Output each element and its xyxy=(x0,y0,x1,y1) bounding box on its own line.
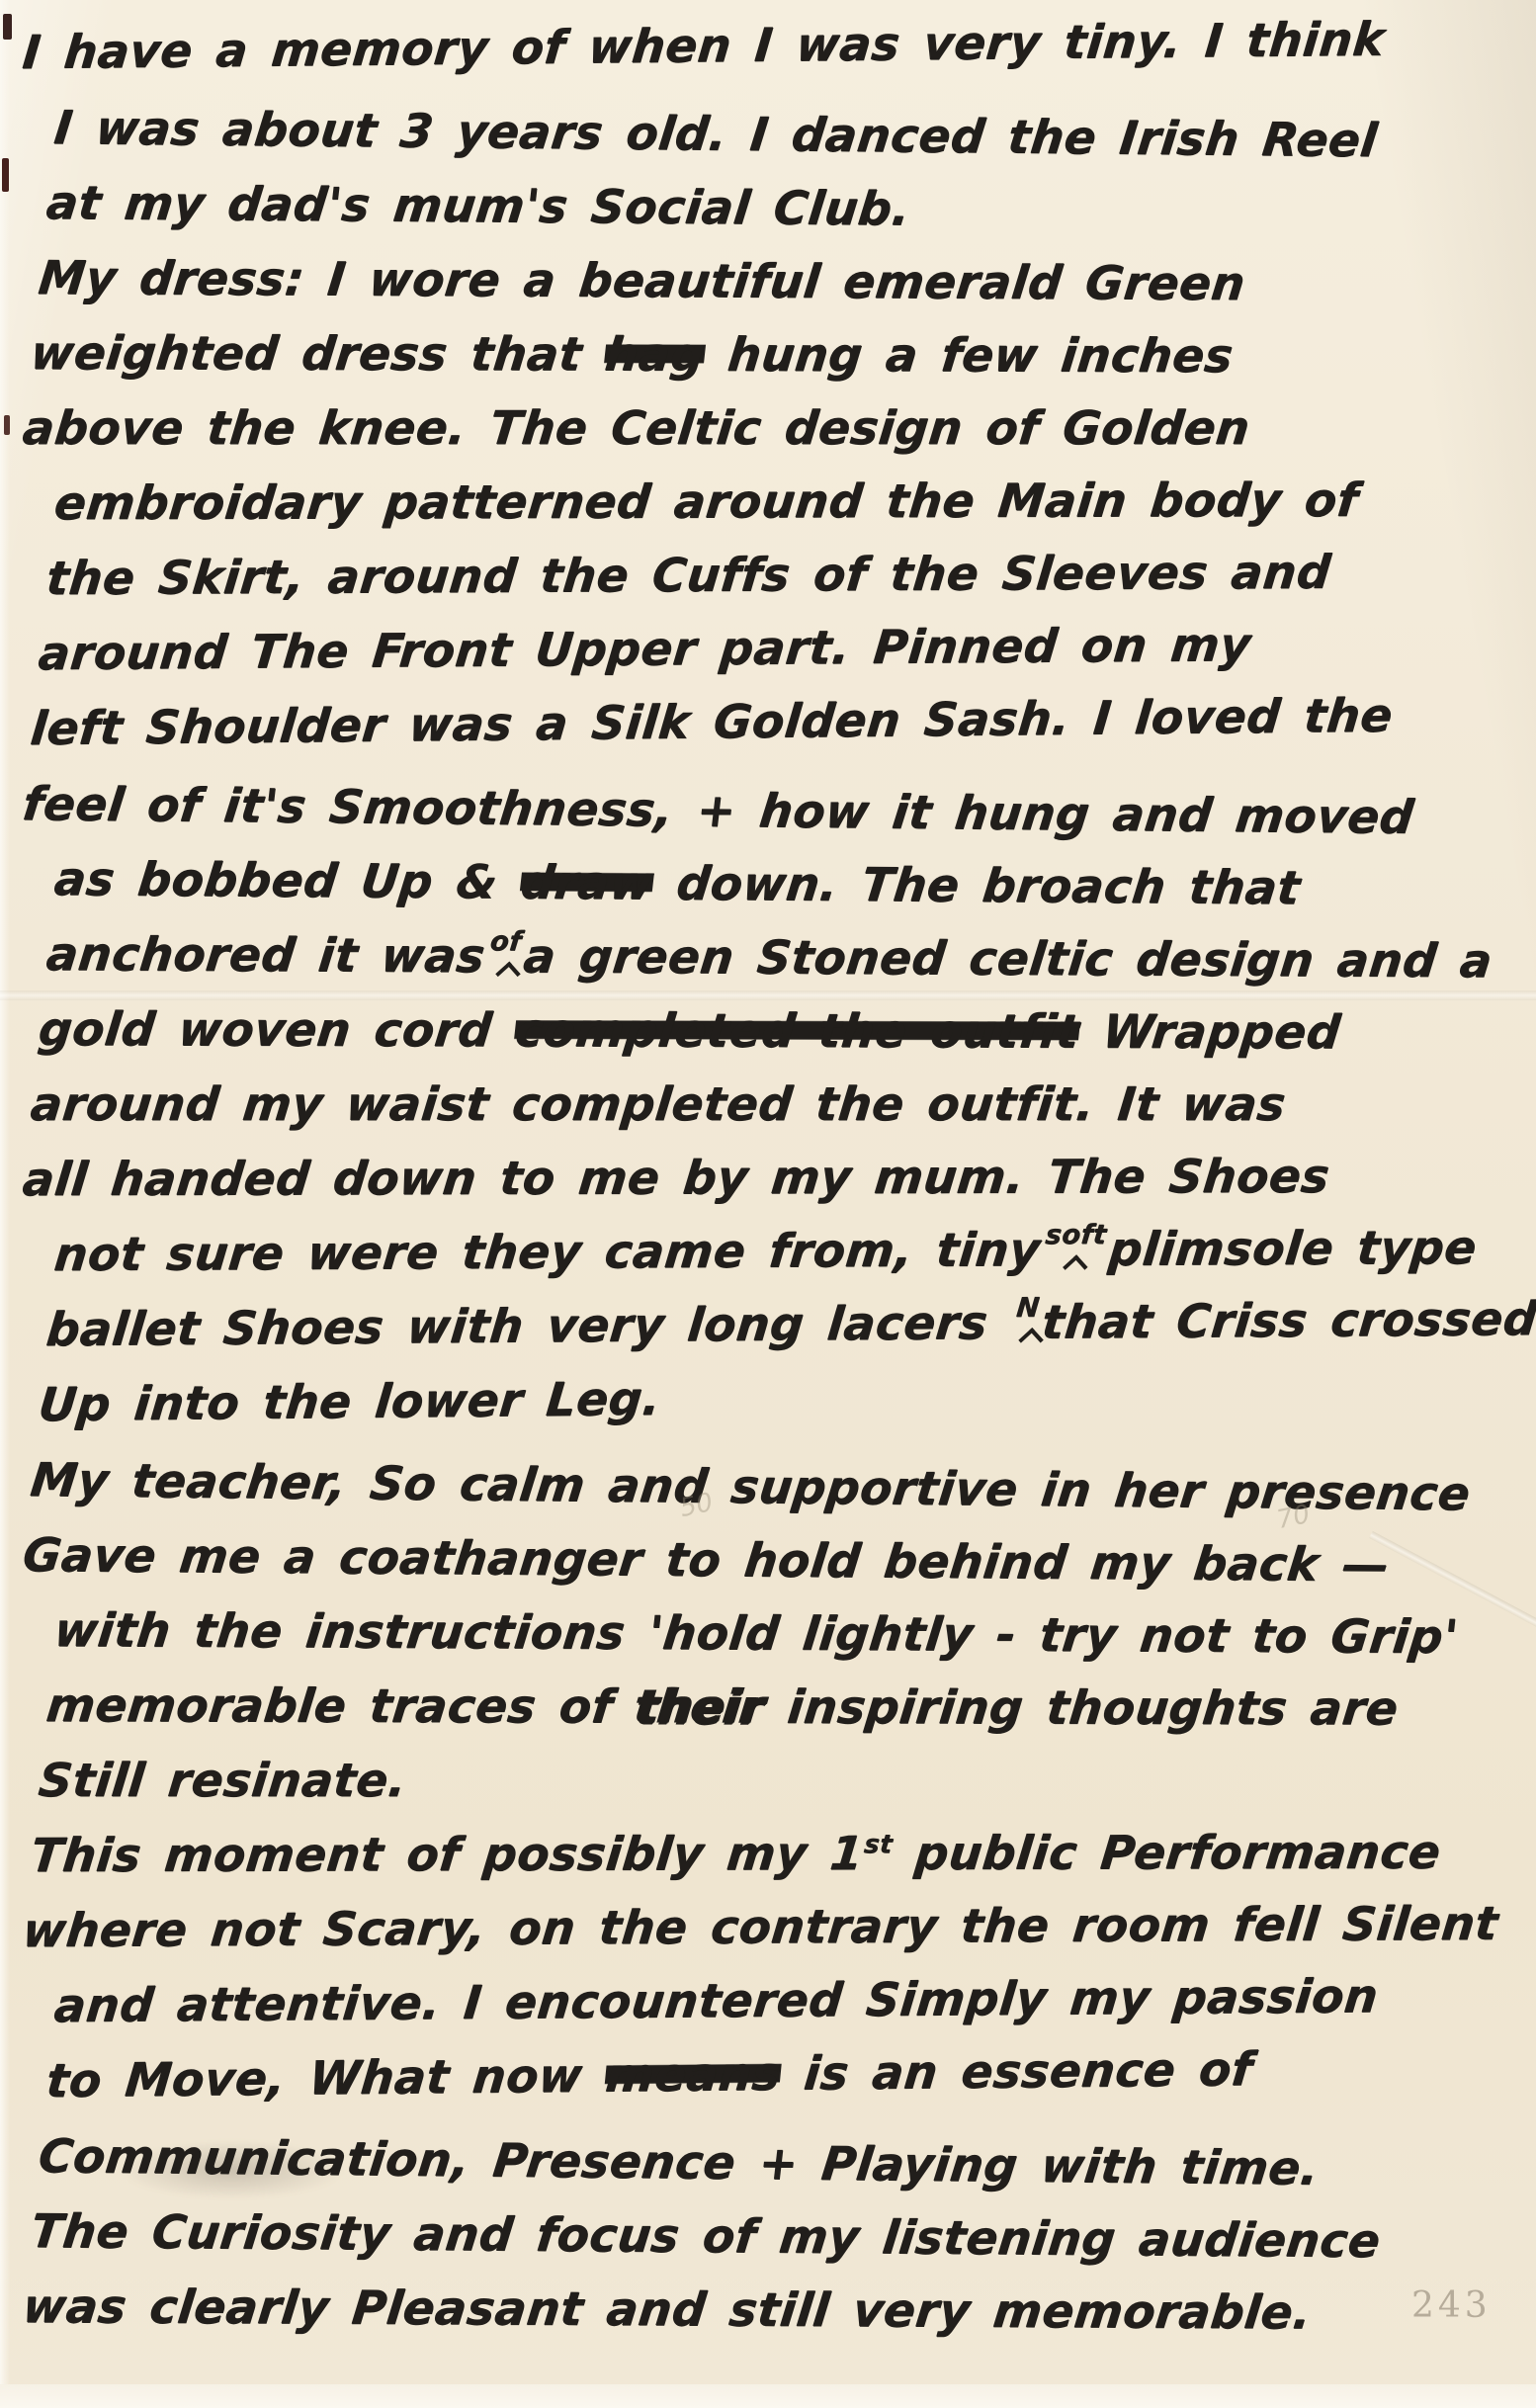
handwriting-line: embroidary patterned around the Main bod… xyxy=(49,473,1530,552)
text-segment: at my dad's mum's Social Club. xyxy=(43,176,913,236)
text-segment: gold woven cord xyxy=(36,1002,518,1058)
text-segment: weighted dress that xyxy=(28,326,608,382)
text-segment: Wrapped xyxy=(1076,1005,1343,1061)
handwriting-line: This moment of possibly my 1st public Pe… xyxy=(26,1825,1530,1904)
text-segment: around The Front Upper part. Pinned on m… xyxy=(36,618,1253,681)
text-segment: all handed down to me by my mum. The Sho… xyxy=(20,1150,1331,1207)
text-segment-strike: draw xyxy=(518,855,656,910)
text-segment: was clearly Pleasant and still very memo… xyxy=(20,2279,1314,2340)
text-segment: not sure were they came from, tiny xyxy=(51,1223,1043,1282)
text-segment: ballet Shoes with very long lacers xyxy=(43,1296,1013,1357)
text-segment: Up into the lower Leg. xyxy=(36,1372,662,1432)
handwriting-line: Gave me a coathanger to hold behind my b… xyxy=(18,1528,1529,1614)
text-segment: with the instructions 'hold lightly - tr… xyxy=(51,1603,1461,1665)
text-segment: memorable traces of xyxy=(43,1678,639,1734)
text-segment: the Skirt, around the Cuffs of the Sleev… xyxy=(43,546,1333,606)
text-segment-overwrite: their xyxy=(634,1679,767,1734)
text-segment: around my waist completed the outfit. It… xyxy=(28,1077,1288,1132)
text-segment-strike: completed the outfit xyxy=(512,1003,1081,1059)
handwriting-line: weighted dress that hag hung a few inche… xyxy=(26,326,1530,405)
text-segment-insert: soft xyxy=(1044,1220,1108,1250)
text-segment: down. The broach that xyxy=(650,856,1303,915)
handwriting-line: the Skirt, around the Cuffs of the Sleev… xyxy=(42,545,1530,627)
text-segment-strike: means xyxy=(603,2047,783,2104)
text-segment: Still resinate. xyxy=(36,1754,409,1808)
handwriting-line: around my waist completed the outfit. It… xyxy=(26,1077,1530,1153)
text-segment: as bobbed Up & xyxy=(51,852,524,909)
handwriting-line: My dress: I wore a beautiful emerald Gre… xyxy=(34,251,1530,333)
handwriting-line: to Move, What now means is an essence of xyxy=(42,2039,1531,2129)
scanned-page: I have a memory of when I was very tiny.… xyxy=(0,0,1536,2408)
handwriting-line: The Curiosity and focus of my listening … xyxy=(26,2204,1529,2290)
text-segment: where not Scary, on the contrary the roo… xyxy=(20,1897,1500,1958)
text-segment: Gave me a coathanger to hold behind my b… xyxy=(20,1528,1392,1592)
text-segment: embroidary patterned around the Main bod… xyxy=(51,473,1360,531)
handwriting-line: was clearly Pleasant and still very memo… xyxy=(18,2279,1530,2362)
text-segment: hung a few inches xyxy=(702,328,1236,384)
handwriting-line: anchored it wasofa green Stoned celtic d… xyxy=(42,927,1530,1009)
handwriting-line: above the knee. The Celtic design of Gol… xyxy=(18,401,1530,476)
handwriting-line: I have a memory of when I was very tiny.… xyxy=(18,11,1531,101)
text-segment: The Curiosity and focus of my listening … xyxy=(28,2204,1383,2269)
text-segment: I was about 3 years old. I danced the Ir… xyxy=(51,101,1380,168)
edge-speck xyxy=(4,415,10,435)
handwritten-lines: I have a memory of when I was very tiny.… xyxy=(22,26,1526,2355)
text-segment: My teacher, So calm and supportive in he… xyxy=(28,1453,1473,1521)
text-segment-insert: N xyxy=(1015,1293,1041,1324)
text-segment: is an essence of xyxy=(778,2042,1255,2102)
handwriting-line: Up into the lower Leg. xyxy=(34,1363,1531,1453)
text-segment: inspiring thoughts are xyxy=(761,1680,1401,1737)
text-segment: This moment of possibly my 1 xyxy=(28,1827,866,1883)
text-segment: and attentive. I encountered Simply my p… xyxy=(51,1969,1380,2033)
edge-speck xyxy=(2,158,9,192)
text-segment: anchored it was xyxy=(43,927,487,984)
edge-speck xyxy=(3,14,12,40)
scan-edge xyxy=(0,2384,1536,2408)
handwriting-line: gold woven cord completed the outfit Wra… xyxy=(34,1002,1530,1081)
text-segment: feel of it's Smoothness, + how it hung a… xyxy=(20,777,1416,845)
page-number: 243 xyxy=(1411,2285,1492,2326)
handwriting-line: left Shoulder was a Silk Golden Sash. I … xyxy=(26,687,1531,777)
text-segment: above the knee. The Celtic design of Gol… xyxy=(20,401,1252,456)
text-segment-insert: of xyxy=(488,926,523,957)
text-segment-strike: hag xyxy=(602,327,707,382)
text-segment: My dress: I wore a beautiful emerald Gre… xyxy=(36,251,1247,311)
text-segment: I have a memory of when I was very tiny.… xyxy=(20,13,1387,80)
text-segment: to Move, What now xyxy=(43,2048,608,2108)
handwriting-line: Still resinate. xyxy=(34,1754,1530,1829)
text-segment: public Performance xyxy=(889,1826,1443,1881)
text-segment: Communication, Presence + Playing with t… xyxy=(36,2129,1322,2196)
text-segment: a green Stoned celtic design and a xyxy=(521,929,1495,989)
text-segment-sup: st xyxy=(863,1830,895,1859)
handwriting-line: where not Scary, on the contrary the roo… xyxy=(18,1897,1530,1979)
handwriting-line: all handed down to me by my mum. The Sho… xyxy=(18,1149,1530,1228)
handwriting-line: memorable traces of their inspiring thou… xyxy=(42,1678,1530,1758)
handwriting-line: not sure were they came from, tinysoftpl… xyxy=(49,1221,1530,1303)
handwriting-line: as bobbed Up & draw down. The broach tha… xyxy=(49,852,1529,938)
handwriting-line: with the instructions 'hold lightly - tr… xyxy=(49,1603,1530,1685)
handwriting-line: at my dad's mum's Social Club. xyxy=(42,176,1529,262)
scan-edge xyxy=(0,0,10,2408)
text-segment: that Criss crossed xyxy=(1039,1292,1536,1350)
text-segment: plimsole type xyxy=(1106,1221,1479,1277)
